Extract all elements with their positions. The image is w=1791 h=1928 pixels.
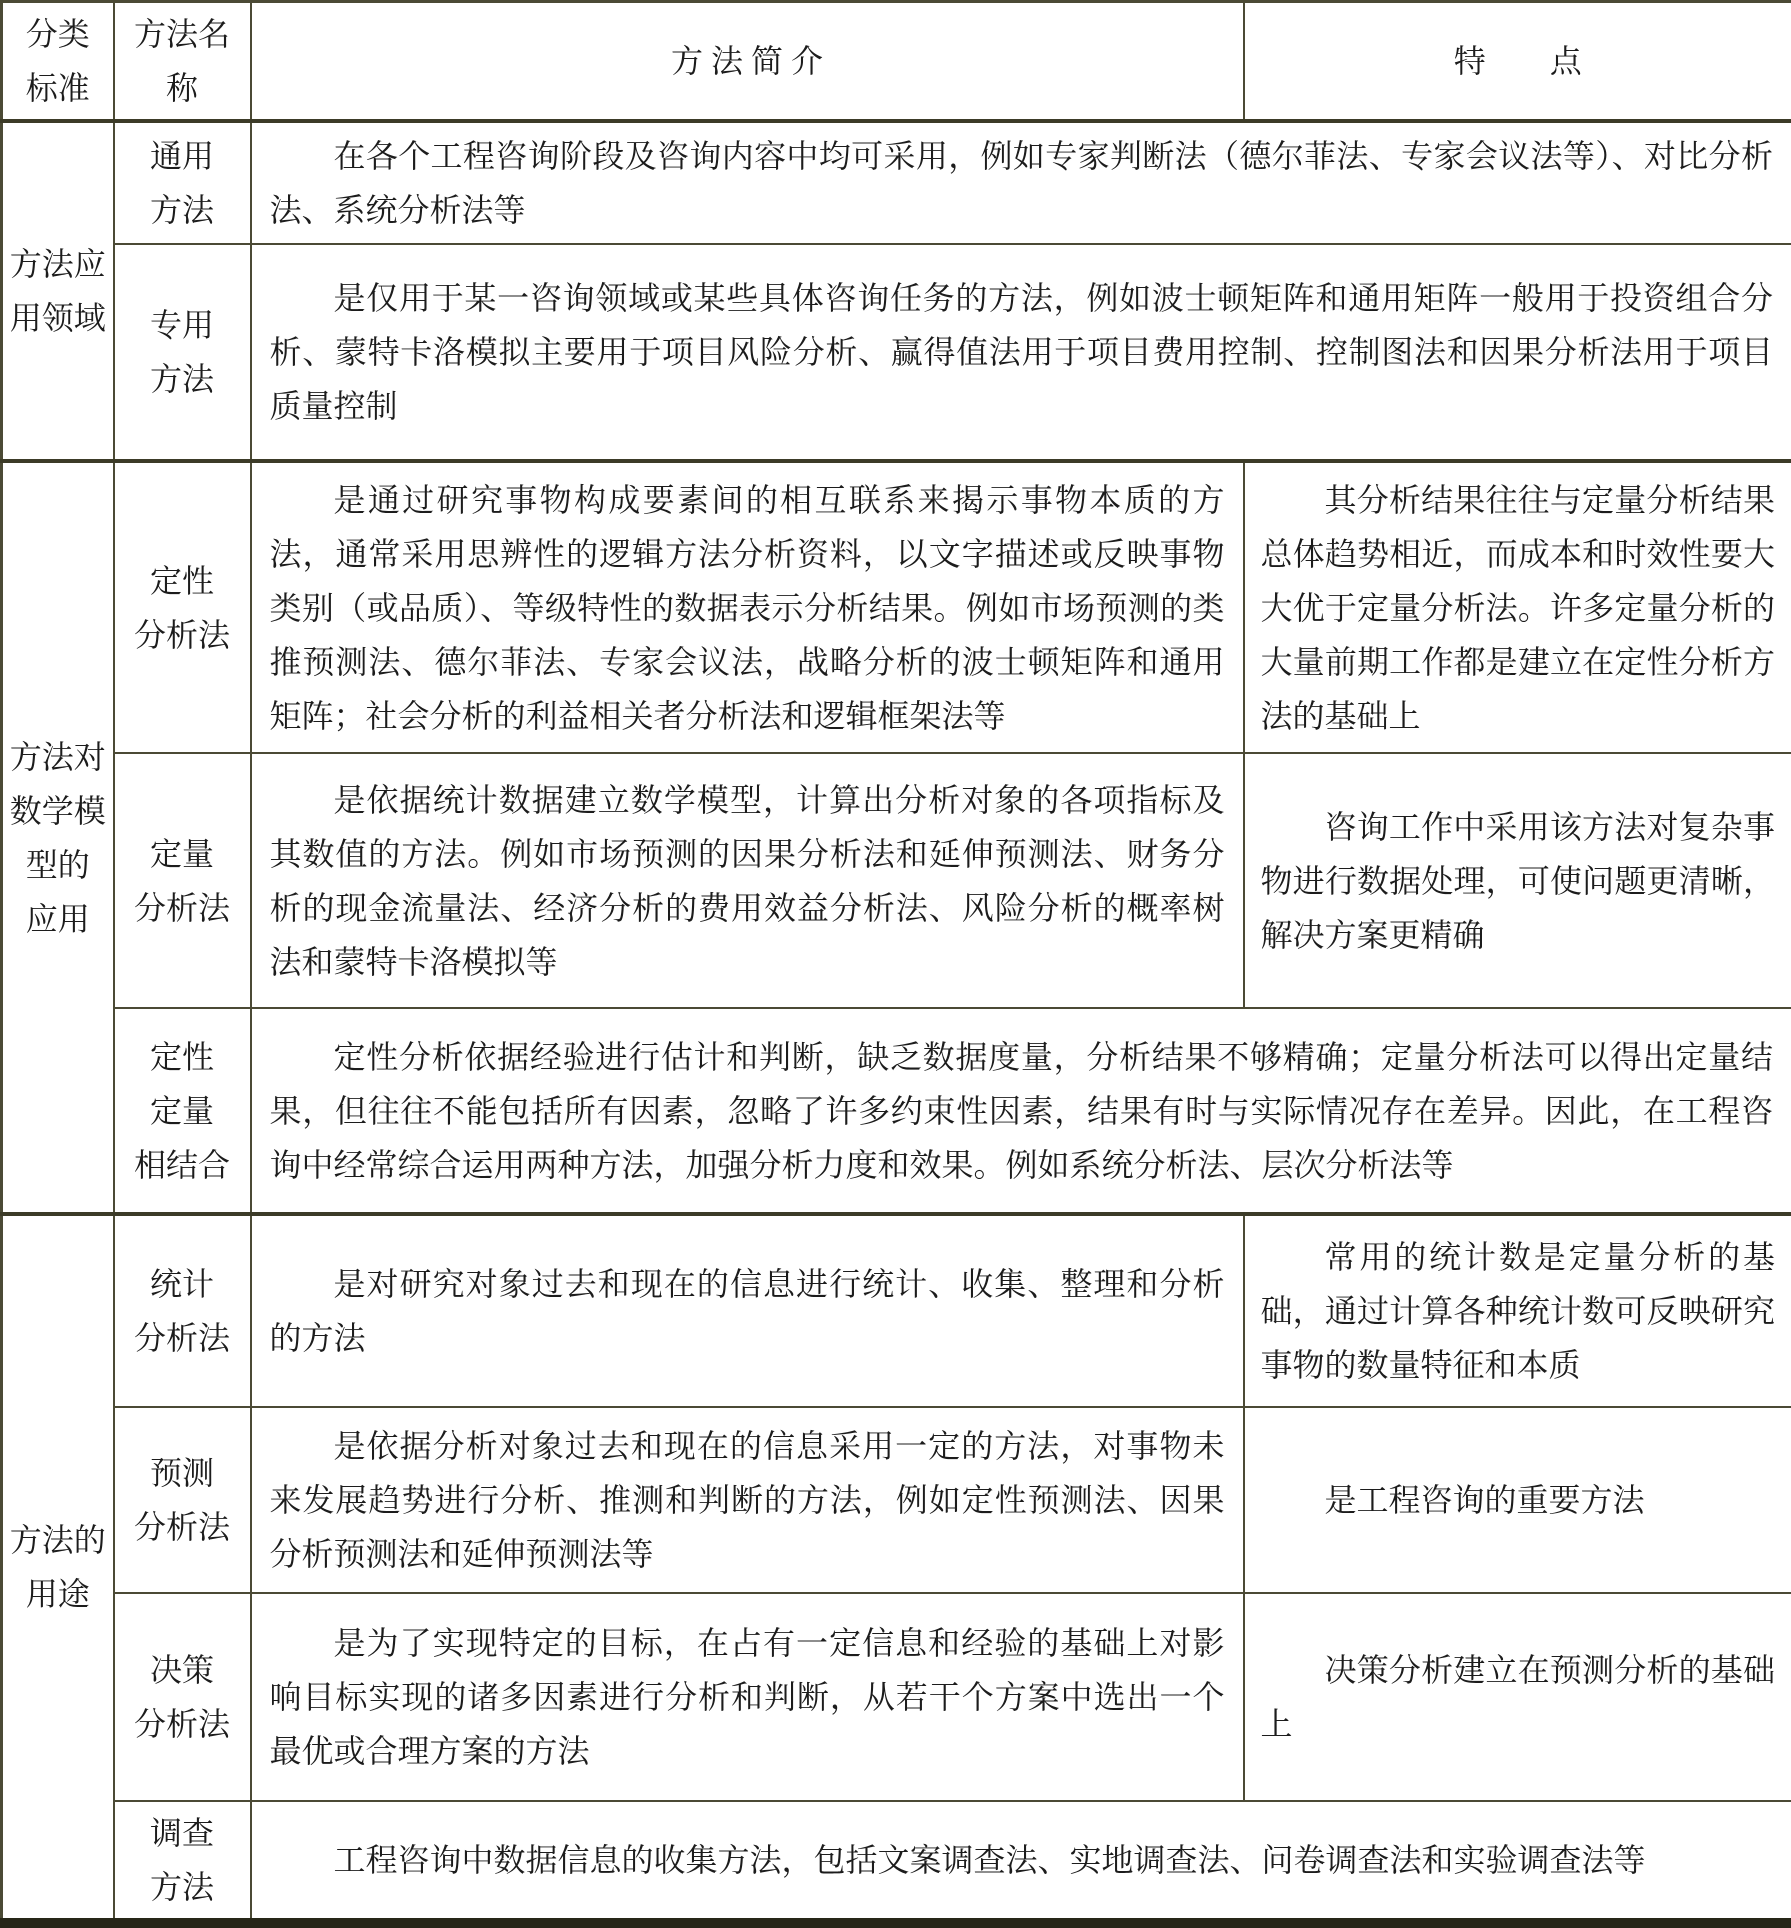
group-label-math-model: 方法对 数学模 型的 应用 (2, 461, 114, 1214)
method-intro-cell: 是通过研究事物构成要素间的相互联系来揭示事物本质的方法，通常采用思辨性的逻辑方法… (251, 461, 1244, 753)
method-name-cell: 专用 方法 (114, 244, 251, 461)
table-header-row: 分类 标准 方法名称 方 法 简 介 特 点 (2, 2, 1791, 122)
method-feature-cell: 是工程咨询的重要方法 (1244, 1407, 1791, 1593)
method-intro-cell: 是对研究对象过去和现在的信息进行统计、收集、整理和分析的方法 (251, 1214, 1244, 1407)
header-feature: 特 点 (1244, 2, 1791, 122)
method-name-cell: 统计 分析法 (114, 1214, 251, 1407)
method-feature-cell: 其分析结果往往与定量分析结果总体趋势相近，而成本和时效性要大大优于定量分析法。许… (1244, 461, 1791, 753)
method-name-cell: 决策 分析法 (114, 1593, 251, 1801)
method-feature-cell: 咨询工作中采用该方法对复杂事物进行数据处理，可使问题更清晰，解决方案更精确 (1244, 753, 1791, 1008)
table-row: 方法的 用途 统计 分析法 是对研究对象过去和现在的信息进行统计、收集、整理和分… (2, 1214, 1791, 1407)
table-row: 决策 分析法 是为了实现特定的目标，在占有一定信息和经验的基础上对影响目标实现的… (2, 1593, 1791, 1801)
method-name-cell: 定性 定量 相结合 (114, 1008, 251, 1214)
method-feature-cell: 常用的统计数是定量分析的基础，通过计算各种统计数可反映研究事物的数量特征和本质 (1244, 1214, 1791, 1407)
method-intro-cell: 是依据统计数据建立数学模型，计算出分析对象的各项指标及其数值的方法。例如市场预测… (251, 753, 1244, 1008)
method-intro-cell: 是依据分析对象过去和现在的信息采用一定的方法，对事物未来发展趋势进行分析、推测和… (251, 1407, 1244, 1593)
method-name-cell: 预测 分析法 (114, 1407, 251, 1593)
table-row: 方法应 用领域 通用 方法 在各个工程咨询阶段及咨询内容中均可采用，例如专家判断… (2, 121, 1791, 244)
method-feature-cell: 决策分析建立在预测分析的基础上 (1244, 1593, 1791, 1801)
method-intro-cell: 工程咨询中数据信息的收集方法，包括文案调查法、实地调查法、问卷调查法和实验调查法… (251, 1801, 1791, 1923)
table-row: 定性 定量 相结合 定性分析依据经验进行估计和判断，缺乏数据度量，分析结果不够精… (2, 1008, 1791, 1214)
table-row: 调查 方法 工程咨询中数据信息的收集方法，包括文案调查法、实地调查法、问卷调查法… (2, 1801, 1791, 1923)
group-label-application-domain: 方法应 用领域 (2, 121, 114, 461)
method-name-cell: 定量 分析法 (114, 753, 251, 1008)
header-method-name: 方法名称 (114, 2, 251, 122)
table-row: 专用 方法 是仅用于某一咨询领域或某些具体咨询任务的方法，例如波士顿矩阵和通用矩… (2, 244, 1791, 461)
table-row: 定量 分析法 是依据统计数据建立数学模型，计算出分析对象的各项指标及其数值的方法… (2, 753, 1791, 1008)
header-classification-standard: 分类 标准 (2, 2, 114, 122)
table-row: 方法对 数学模 型的 应用 定性 分析法 是通过研究事物构成要素间的相互联系来揭… (2, 461, 1791, 753)
method-name-cell: 通用 方法 (114, 121, 251, 244)
method-intro-cell: 定性分析依据经验进行估计和判断，缺乏数据度量，分析结果不够精确；定量分析法可以得… (251, 1008, 1791, 1214)
method-intro-cell: 在各个工程咨询阶段及咨询内容中均可采用，例如专家判断法（德尔菲法、专家会议法等）… (251, 121, 1791, 244)
group-label-method-purpose: 方法的 用途 (2, 1214, 114, 1923)
method-name-cell: 调查 方法 (114, 1801, 251, 1923)
table-row: 预测 分析法 是依据分析对象过去和现在的信息采用一定的方法，对事物未来发展趋势进… (2, 1407, 1791, 1593)
method-name-cell: 定性 分析法 (114, 461, 251, 753)
methods-classification-table: 分类 标准 方法名称 方 法 简 介 特 点 方法应 用领域 通用 方法 在各个… (0, 0, 1791, 1928)
method-intro-cell: 是仅用于某一咨询领域或某些具体咨询任务的方法，例如波士顿矩阵和通用矩阵一般用于投… (251, 244, 1791, 461)
method-intro-cell: 是为了实现特定的目标，在占有一定信息和经验的基础上对影响目标实现的诸多因素进行分… (251, 1593, 1244, 1801)
header-method-intro: 方 法 简 介 (251, 2, 1244, 122)
document-page: 分类 标准 方法名称 方 法 简 介 特 点 方法应 用领域 通用 方法 在各个… (0, 0, 1791, 1886)
